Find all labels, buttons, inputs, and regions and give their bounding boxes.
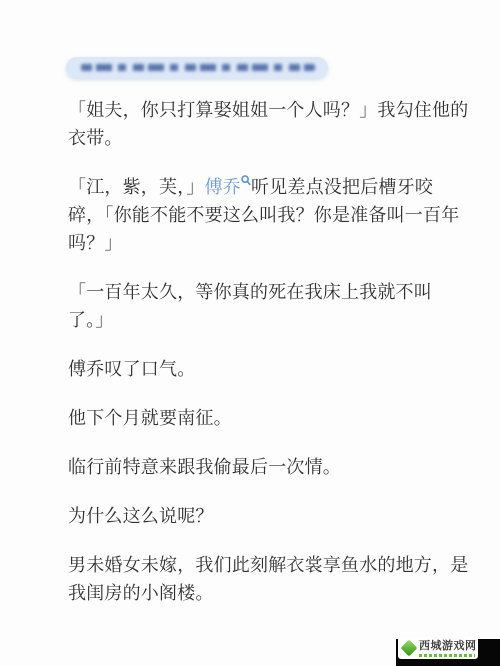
site-watermark: 西城游戏网 [398, 637, 478, 659]
paragraph: 「一百年太久，等你真的死在我床上我就不叫 了。」 [68, 278, 492, 334]
paragraph-text: 「江，紫，芙，」 [68, 177, 205, 197]
paragraph: 男未婚女未嫁，我们此刻解衣裳享鱼水的地方，是 我闺房的小阁楼。 [68, 551, 492, 607]
paragraph: 傅乔叹了口气。 [68, 355, 492, 383]
paragraph: 「江，紫，芙，」傅乔听见差点没把后槽牙咬 碎，「你能不能不要这么叫我？你是准备叫… [68, 173, 492, 257]
paragraph: 为什么这么说呢？ [68, 502, 492, 530]
paragraph: 「姐夫，你只打算娶姐姐一个人吗？」我勾住他的 衣带。 [68, 96, 492, 152]
site-tagline-placeholder [419, 654, 475, 657]
page: 「姐夫，你只打算娶姐姐一个人吗？」我勾住他的 衣带。 「江，紫，芙，」傅乔听见差… [0, 0, 500, 666]
watermark-text-block: 西城游戏网 [419, 640, 477, 657]
entity-link[interactable]: 傅乔 [205, 177, 251, 197]
entity-link-text[interactable]: 傅乔 [205, 177, 241, 197]
search-icon[interactable] [241, 175, 251, 186]
site-logo-icon [401, 640, 418, 657]
paragraph: 临行前特意来跟我偷最后一次情。 [68, 453, 492, 481]
blurred-text-smudge [81, 64, 315, 71]
site-name: 西城游戏网 [419, 640, 477, 652]
paragraph: 他下个月就要南征。 [68, 404, 492, 432]
article: 「姐夫，你只打算娶姐姐一个人吗？」我勾住他的 衣带。 「江，紫，芙，」傅乔听见差… [68, 96, 492, 628]
blurred-title-highlight [66, 57, 328, 78]
